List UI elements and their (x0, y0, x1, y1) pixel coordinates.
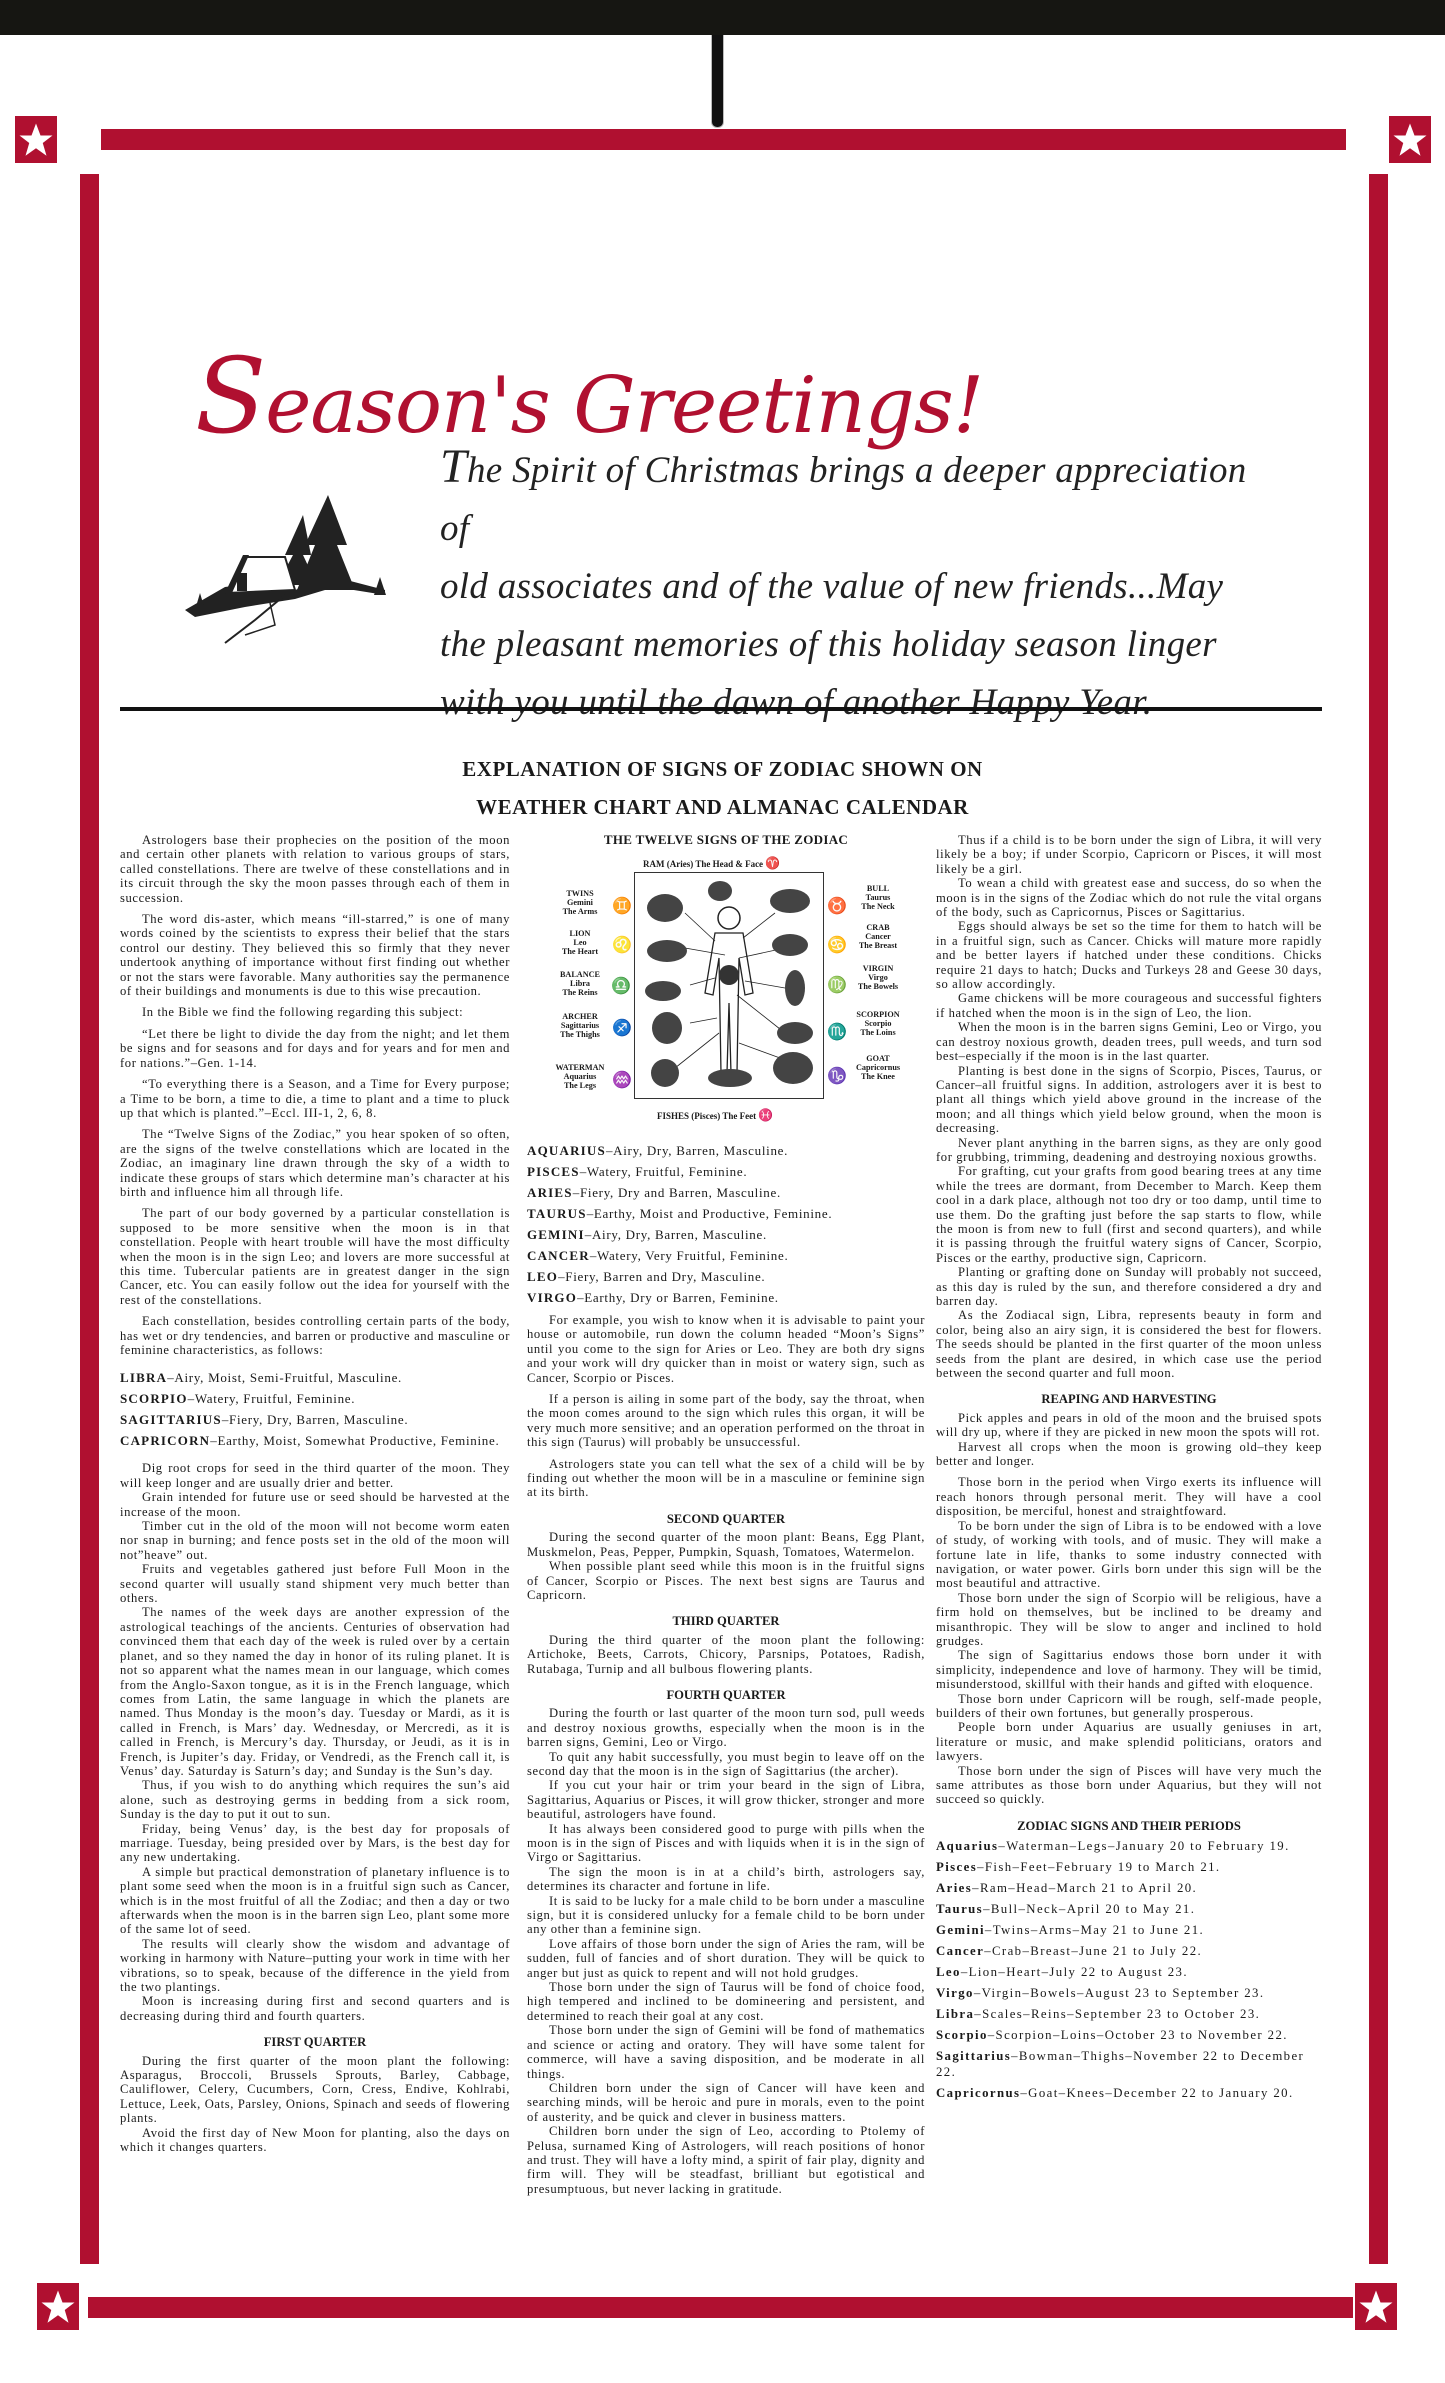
sign-characteristic: CANCER–Watery, Very Fruitful, Feminine. (527, 1248, 925, 1264)
zodiac-man-illustration (634, 872, 824, 1099)
column-left: Astrologers base their prophecies on the… (120, 833, 510, 2155)
aquarius-symbol-icon: ♒ (612, 1070, 632, 1090)
top-black-bar (0, 0, 1445, 35)
column-middle: AQUARIUS–Airy, Dry, Barren, Masculine. P… (527, 1138, 925, 2196)
pisces-symbol-icon: ♓ (758, 1108, 773, 1122)
border-top (101, 129, 1346, 150)
corner-star-bottom-right (1355, 2283, 1397, 2330)
zodiac-period: Libra–Scales–Reins–September 23 to Octob… (936, 2006, 1322, 2022)
zodiac-figure-title: THE TWELVE SIGNS OF THE ZODIAC (527, 832, 925, 848)
leo-symbol-icon: ♌ (612, 935, 632, 955)
sign-characteristic: GEMINI–Airy, Dry, Barren, Masculine. (527, 1227, 925, 1243)
sign-characteristic: LEO–Fiery, Barren and Dry, Masculine. (527, 1269, 925, 1285)
subheading-reaping: REAPING AND HARVESTING (936, 1392, 1322, 1406)
sign-characteristic: SCORPIO–Watery, Fruitful, Feminine. (120, 1391, 510, 1407)
zodiac-period: Aquarius–Waterman–Legs–January 20 to Feb… (936, 1838, 1322, 1854)
zodiac-label-taurus: BULLTaurusThe Neck (843, 884, 913, 911)
zodiac-label-aquarius: WATERMANAquariusThe Legs (545, 1063, 615, 1090)
libra-symbol-icon: ♎ (611, 976, 631, 996)
zodiac-period: Pisces–Fish–Feet–February 19 to March 21… (936, 1859, 1322, 1875)
zodiac-label-virgo: VIRGINVirgoThe Bowels (843, 964, 913, 991)
sign-characteristic: PISCES–Watery, Fruitful, Feminine. (527, 1164, 925, 1180)
zodiac-period: Cancer–Crab–Breast–June 21 to July 22. (936, 1943, 1322, 1959)
sign-characteristic: SAGITTARIUS–Fiery, Dry, Barren, Masculin… (120, 1412, 510, 1428)
border-left (80, 174, 99, 2264)
sagittarius-symbol-icon: ♐ (612, 1018, 632, 1038)
border-right (1369, 174, 1388, 2264)
border-bottom (88, 2297, 1353, 2318)
snowy-cabin-icon (185, 495, 395, 645)
zodiac-period: Sagittarius–Bowman–Thighs–November 22 to… (936, 2048, 1322, 2080)
subheading-periods: ZODIAC SIGNS AND THEIR PERIODS (936, 1819, 1322, 1833)
subheading-second-quarter: SECOND QUARTER (527, 1512, 925, 1526)
column-right: Thus if a child is to be born under the … (936, 833, 1322, 2101)
star-icon (40, 2289, 76, 2325)
subheading-fourth-quarter: FOURTH QUARTER (527, 1688, 925, 1702)
star-icon (18, 122, 54, 158)
section-heading: EXPLANATION OF SIGNS OF ZODIAC SHOWN ON … (0, 750, 1445, 826)
aries-symbol-icon: ♈ (765, 856, 780, 870)
greeting-message: The Spirit of Christmas brings a deeper … (440, 438, 1260, 732)
zodiac-label-capricorn: GOATCapricornusThe Knee (843, 1054, 913, 1081)
star-icon (1392, 122, 1428, 158)
subheading-first-quarter: FIRST QUARTER (120, 2035, 510, 2049)
sign-characteristic: VIRGO–Earthy, Dry or Barren, Feminine. (527, 1290, 925, 1306)
corner-star-top-left (15, 116, 57, 163)
zodiac-period: Taurus–Bull–Neck–April 20 to May 21. (936, 1901, 1322, 1917)
sign-characteristic: ARIES–Fiery, Dry and Barren, Masculine. (527, 1185, 925, 1201)
corner-star-top-right (1389, 116, 1431, 163)
gemini-symbol-icon: ♊ (612, 896, 632, 916)
zodiac-label-gemini: TWINSGeminiThe Arms (545, 889, 615, 916)
zodiac-figure: THE TWELVE SIGNS OF THE ZODIAC RAM (Arie… (527, 832, 925, 1032)
zodiac-label-sagittarius: ARCHERSagittariusThe Thighs (545, 1012, 615, 1039)
zodiac-label-cancer: CRABCancerThe Breast (843, 923, 913, 950)
sign-characteristic: TAURUS–Earthy, Moist and Productive, Fem… (527, 1206, 925, 1222)
zodiac-period: Aries–Ram–Head–March 21 to April 20. (936, 1880, 1322, 1896)
zodiac-label-leo: LIONLeoThe Heart (545, 929, 615, 956)
sign-characteristic: AQUARIUS–Airy, Dry, Barren, Masculine. (527, 1143, 925, 1159)
hanger-hook (711, 35, 724, 128)
zodiac-label-scorpio: SCORPIONScorpioThe Loins (843, 1010, 913, 1037)
corner-star-bottom-left (37, 2283, 79, 2330)
sign-characteristic: CAPRICORN–Earthy, Moist, Somewhat Produc… (120, 1433, 510, 1449)
zodiac-period: Virgo–Virgin–Bowels–August 23 to Septemb… (936, 1985, 1322, 2001)
zodiac-label-libra: BALANCELibraThe Reins (545, 970, 615, 997)
zodiac-period: Scorpio–Scorpion–Loins–October 23 to Nov… (936, 2027, 1322, 2043)
zodiac-period: Gemini–Twins–Arms–May 21 to June 21. (936, 1922, 1322, 1938)
zodiac-period: Leo–Lion–Heart–July 22 to August 23. (936, 1964, 1322, 1980)
zodiac-man-icon (635, 873, 823, 1098)
sign-characteristic: LIBRA–Airy, Moist, Semi-Fruitful, Mascul… (120, 1370, 510, 1386)
section-divider (120, 707, 1322, 711)
subheading-third-quarter: THIRD QUARTER (527, 1614, 925, 1628)
zodiac-period: Capricornus–Goat–Knees–December 22 to Ja… (936, 2085, 1322, 2101)
star-icon (1358, 2289, 1394, 2325)
